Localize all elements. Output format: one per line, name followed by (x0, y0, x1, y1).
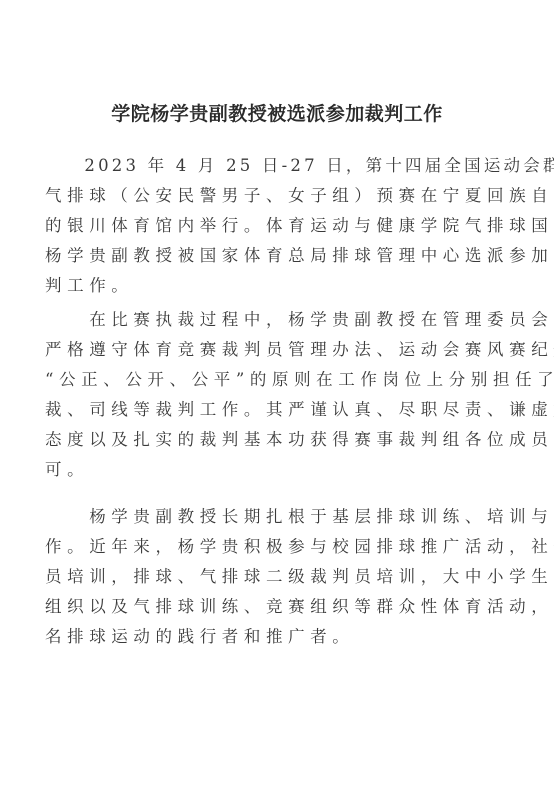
paragraph-line: “公正、公开、公平”的原则在工作岗位上分别担任了主裁、副 (45, 368, 505, 392)
paragraph-line: 严格遵守体育竞赛裁判员管理办法、运动会赛风赛纪规定，秉承 (45, 338, 505, 362)
paragraph-line: 的银川体育馆内举行。体育运动与健康学院气排球国家级裁判员 (45, 214, 505, 238)
paragraph-line: 裁、司线等裁判工作。其严谨认真、尽职尽责、谦虚好学的工作 (45, 398, 505, 422)
paragraph-line: 判工作。 (45, 274, 505, 298)
paragraph-line: 态度以及扎实的裁判基本功获得赛事裁判组各位成员的肯定和认 (45, 428, 505, 452)
paragraph-line: 可。 (45, 458, 505, 482)
paragraph-line: 作。近年来，杨学贵积极参与校园排球推广活动，社会体育指导 (45, 535, 505, 559)
paragraph-line: 员培训，排球、气排球二级裁判员培训，大中小学生的排球竞赛 (45, 565, 505, 589)
paragraph-line: 组织以及气排球训练、竞赛组织等群众性体育活动，努力做好一 (45, 595, 505, 619)
paragraph-line: 名排球运动的践行者和推广者。 (45, 625, 505, 649)
paragraph-line: 在比赛执裁过程中，杨学贵副教授在管理委员会的领导下， (45, 308, 505, 332)
paragraph-line: 杨学贵副教授长期扎根于基层排球训练、培训与竞赛组织工 (45, 505, 505, 529)
paragraph-line: 气排球（公安民警男子、女子组）预赛在宁夏回族自治区银川市 (45, 184, 505, 208)
paragraph-line: 杨学贵副教授被国家体育总局排球管理中心选派参加该项目的裁 (45, 244, 505, 268)
document-page: 学院杨学贵副教授被选派参加裁判工作 2023 年 4 月 25 日-27 日，第… (0, 0, 554, 786)
paragraph-line: 2023 年 4 月 25 日-27 日，第十四届全国运动会群众赛事活动 (45, 154, 505, 178)
document-title: 学院杨学贵副教授被选派参加裁判工作 (0, 101, 554, 127)
